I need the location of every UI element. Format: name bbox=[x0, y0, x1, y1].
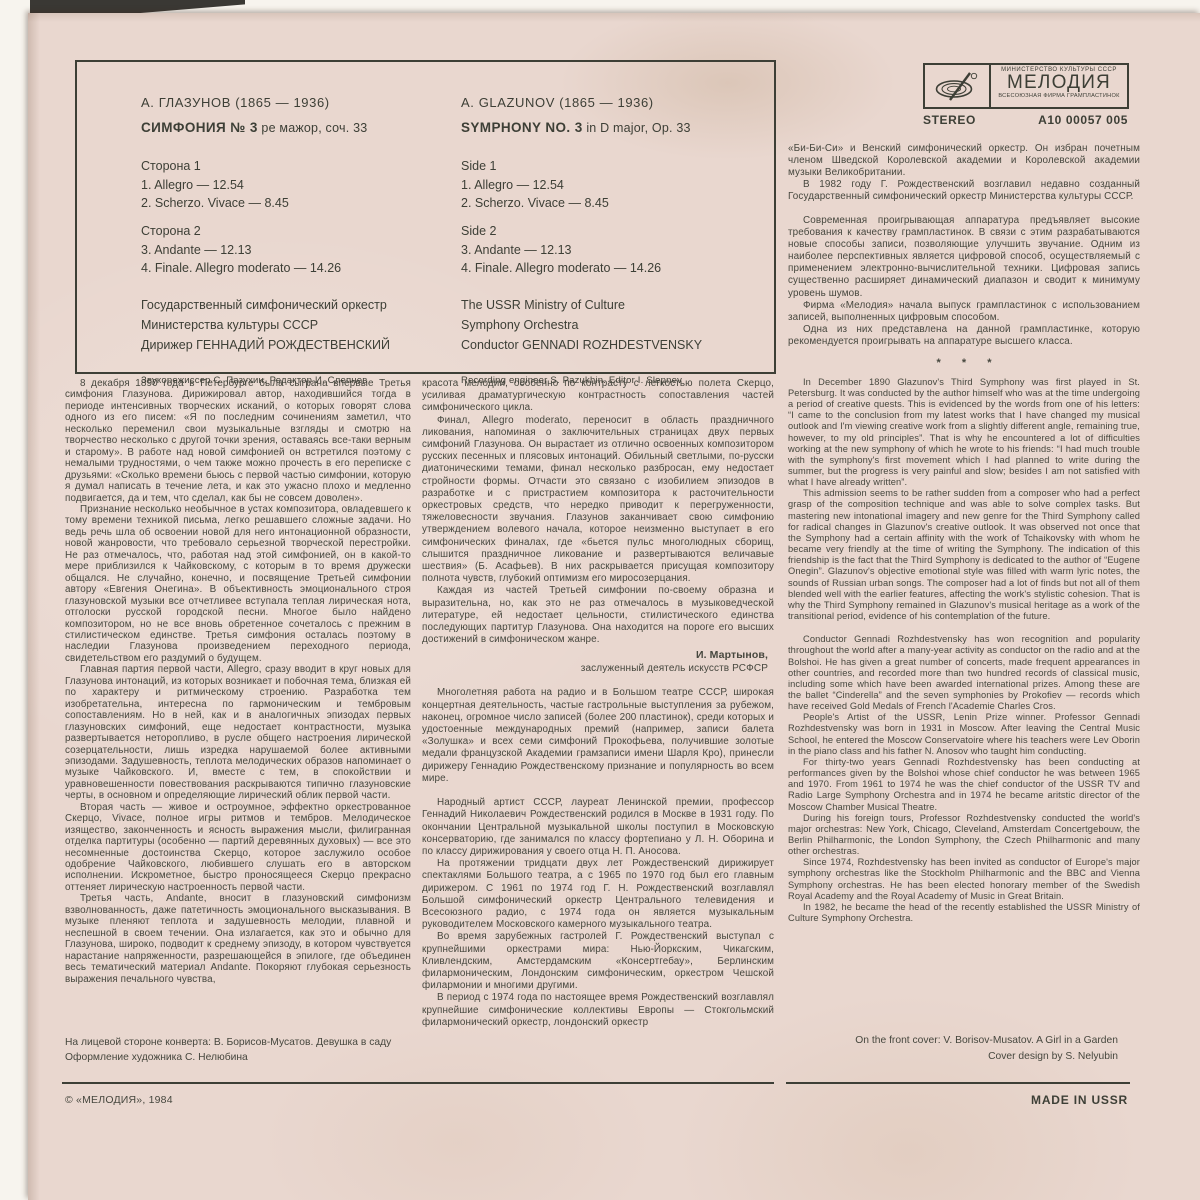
stereo-label: STEREO bbox=[923, 113, 976, 127]
performers-ru: Государственный симфонический оркестрМин… bbox=[141, 295, 451, 355]
logo-text: МИНИСТЕРСТВО КУЛЬТУРЫ СССР МЕЛОДИЯ ВСЕСО… bbox=[991, 65, 1127, 107]
side2-label-ru: Сторона 2 bbox=[141, 224, 451, 238]
copyright-line: © «МЕЛОДИЯ», 1984 bbox=[65, 1094, 173, 1106]
liner-notes-column-1-ru: 8 декабря 1890 года в Петербурге была сы… bbox=[65, 378, 411, 985]
conductor-bio-ru: Народный артист СССР, лауреат Ленинской … bbox=[422, 797, 774, 1029]
paragraph: 3. Andante — 12.13 bbox=[461, 243, 771, 257]
side1-label-en: Side 1 bbox=[461, 159, 771, 173]
paragraph: 1. Allegro — 12.54 bbox=[141, 178, 451, 192]
logo-firm-line: ВСЕСОЮЗНАЯ ФИРМА ГРАМПЛАСТИНОК bbox=[991, 93, 1127, 99]
paragraph: Во время зарубежных гастролей Г. Рождест… bbox=[422, 931, 774, 992]
work-title-bold-ru: СИМФОНИЯ № 3 bbox=[141, 120, 258, 135]
paragraph: красота мелодии, особенно по контрасту с… bbox=[422, 378, 774, 415]
format-and-catalog-row: STEREO А10 00057 005 bbox=[923, 113, 1128, 127]
work-title-bold-en: SYMPHONY NO. 3 bbox=[461, 120, 583, 135]
paragraph: «Би-Би-Си» и Венский симфонический оркес… bbox=[788, 143, 1140, 179]
paragraph: В 1982 году Г. Рождественский возглавил … bbox=[788, 179, 1140, 203]
paragraph: Народный артист СССР, лауреат Ленинской … bbox=[422, 797, 774, 858]
paragraph: Третья часть, Andante, вносит в глазунов… bbox=[65, 893, 411, 985]
conductor-bio-en: Conductor Gennadi Rozhdestvensky has won… bbox=[788, 634, 1140, 924]
paragraph: 8 декабря 1890 года в Петербурге была сы… bbox=[65, 378, 411, 504]
paragraph: Министерства культуры СССР bbox=[141, 315, 451, 335]
liner-notes-column-2-ru: красота мелодии, особенно по контрасту с… bbox=[422, 378, 774, 1029]
paragraph: 2. Scherzo. Vivace — 8.45 bbox=[461, 196, 771, 210]
paragraph: In December 1890 Glazunov's Third Sympho… bbox=[788, 377, 1140, 489]
tracklist-russian: А. ГЛАЗУНОВ (1865 — 1936) СИМФОНИЯ № 3 р… bbox=[141, 95, 451, 386]
paragraph: Одна из них представлена на данной грамп… bbox=[788, 324, 1140, 348]
paragraph: Symphony Orchestra bbox=[461, 315, 771, 335]
liner-notes-column-3: «Би-Би-Си» и Венский симфонический оркес… bbox=[788, 143, 1140, 924]
paragraph: 4. Finale. Allegro moderato — 14.26 bbox=[141, 261, 451, 275]
paragraph: 2. Scherzo. Vivace — 8.45 bbox=[141, 196, 451, 210]
paragraph: Фирма «Мелодия» начала выпуск грампласти… bbox=[788, 300, 1140, 324]
paragraph: 3. Andante — 12.13 bbox=[141, 243, 451, 257]
paragraph: For thirty-two years Gennadi Rozhdestven… bbox=[788, 757, 1140, 813]
cover-credit-ru-line1: На лицевой стороне конверта: В. Борисов-… bbox=[65, 1035, 391, 1050]
cover-credit-ru-line2: Оформление художника С. Нелюбина bbox=[65, 1050, 391, 1065]
essay-en: In December 1890 Glazunov's Third Sympho… bbox=[788, 377, 1140, 622]
composer-name-ru: А. ГЛАЗУНОВ (1865 — 1936) bbox=[141, 95, 451, 110]
paragraph: 4. Finale. Allegro moderato — 14.26 bbox=[461, 261, 771, 275]
side1-tracks-ru: 1. Allegro — 12.542. Scherzo. Vivace — 8… bbox=[141, 178, 451, 210]
paragraph: Вторая часть — живое и остроумное, эффек… bbox=[65, 802, 411, 894]
paragraph: In 1982, he became the head of the recen… bbox=[788, 902, 1140, 924]
footer-rule-left bbox=[62, 1082, 774, 1084]
paragraph: Дирижер ГЕННАДИЙ РОЖДЕСТВЕНСКИЙ bbox=[141, 335, 451, 355]
paragraph: This admission seems to be rather sudden… bbox=[788, 488, 1140, 622]
work-title-ru: СИМФОНИЯ № 3 ре мажор, соч. 33 bbox=[141, 120, 451, 135]
tracklist-box: А. ГЛАЗУНОВ (1865 — 1936) СИМФОНИЯ № 3 р… bbox=[75, 60, 776, 374]
digital-recording-note-ru: Современная проигрывающая аппаратура пре… bbox=[788, 215, 1140, 348]
paragraph: The USSR Ministry of Culture bbox=[461, 295, 771, 315]
paragraph: People's Artist of the USSR, Lenin Prize… bbox=[788, 712, 1140, 757]
cover-credit-ru: На лицевой стороне конверта: В. Борисов-… bbox=[65, 1035, 391, 1065]
cover-credit-en-line1: On the front cover: V. Borisov-Musatov. … bbox=[788, 1033, 1118, 1049]
logo-brand-name: МЕЛОДИЯ bbox=[991, 73, 1127, 93]
performers-en: The USSR Ministry of CultureSymphony Orc… bbox=[461, 295, 771, 355]
tracklist-english: A. GLAZUNOV (1865 — 1936) SYMPHONY NO. 3… bbox=[461, 95, 771, 386]
paragraph: Conductor Gennadi Rozhdestvensky has won… bbox=[788, 634, 1140, 712]
paragraph: В период с 1974 года по настоящее время … bbox=[422, 992, 774, 1029]
paragraph: Главная партия первой части, Allegro, ср… bbox=[65, 664, 411, 801]
side2-label-en: Side 2 bbox=[461, 224, 771, 238]
side2-tracks-en: 3. Andante — 12.134. Finale. Allegro mod… bbox=[461, 243, 771, 275]
conductor-bio-intro-ru: Многолетняя работа на радио и в Большом … bbox=[422, 687, 774, 785]
side1-label-ru: Сторона 1 bbox=[141, 159, 451, 173]
work-title-en: SYMPHONY NO. 3 in D major, Op. 33 bbox=[461, 120, 771, 135]
author-signature: И. Мартынов, заслуженный деятель искусст… bbox=[422, 649, 768, 675]
paragraph: Since 1974, Rozhdestvensky has been invi… bbox=[788, 857, 1140, 902]
stars-separator: * * * bbox=[788, 357, 1140, 369]
melodiya-record-emblem-icon bbox=[925, 65, 991, 107]
essay-continuation-ru: красота мелодии, особенно по контрасту с… bbox=[422, 378, 774, 646]
side2-tracks-ru: 3. Andante — 12.134. Finale. Allegro mod… bbox=[141, 243, 451, 275]
melodiya-logo: МИНИСТЕРСТВО КУЛЬТУРЫ СССР МЕЛОДИЯ ВСЕСО… bbox=[923, 63, 1129, 109]
paragraph: На протяжении тридцати двух лет Рождеств… bbox=[422, 858, 774, 931]
paragraph: Государственный симфонический оркестр bbox=[141, 295, 451, 315]
paragraph: During his foreign tours, Professor Rozh… bbox=[788, 813, 1140, 858]
paragraph: Conductor GENNADI ROZHDESTVENSKY bbox=[461, 335, 771, 355]
paragraph: Финал, Allegro moderato, переносит в обл… bbox=[422, 415, 774, 586]
work-title-rest-ru: ре мажор, соч. 33 bbox=[258, 121, 368, 135]
composer-name-en: A. GLAZUNOV (1865 — 1936) bbox=[461, 95, 771, 110]
catalog-number: А10 00057 005 bbox=[1038, 113, 1128, 127]
paragraph: Современная проигрывающая аппаратура пре… bbox=[788, 215, 1140, 299]
conductor-bio-end-ru: «Би-Би-Си» и Венский симфонический оркес… bbox=[788, 143, 1140, 203]
paragraph: Признание несколько необычное в устах ко… bbox=[65, 504, 411, 664]
cover-credit-en: On the front cover: V. Borisov-Musatov. … bbox=[788, 1033, 1118, 1064]
cover-credit-en-line2: Cover design by S. Nelyubin bbox=[788, 1049, 1118, 1065]
paragraph: Многолетняя работа на радио и в Большом … bbox=[422, 687, 774, 785]
paragraph: Каждая из частей Третьей симфонии по-сво… bbox=[422, 585, 774, 646]
side1-tracks-en: 1. Allegro — 12.542. Scherzo. Vivace — 8… bbox=[461, 178, 771, 210]
author-title: заслуженный деятель искусств РСФСР bbox=[422, 662, 768, 675]
paragraph: 1. Allegro — 12.54 bbox=[461, 178, 771, 192]
made-in-ussr-label: MADE IN USSR bbox=[788, 1093, 1128, 1107]
footer-rule-right bbox=[786, 1082, 1130, 1084]
album-back-cover: А. ГЛАЗУНОВ (1865 — 1936) СИМФОНИЯ № 3 р… bbox=[28, 13, 1200, 1200]
author-name: И. Мартынов, bbox=[422, 649, 768, 662]
work-title-rest-en: in D major, Op. 33 bbox=[583, 121, 691, 135]
